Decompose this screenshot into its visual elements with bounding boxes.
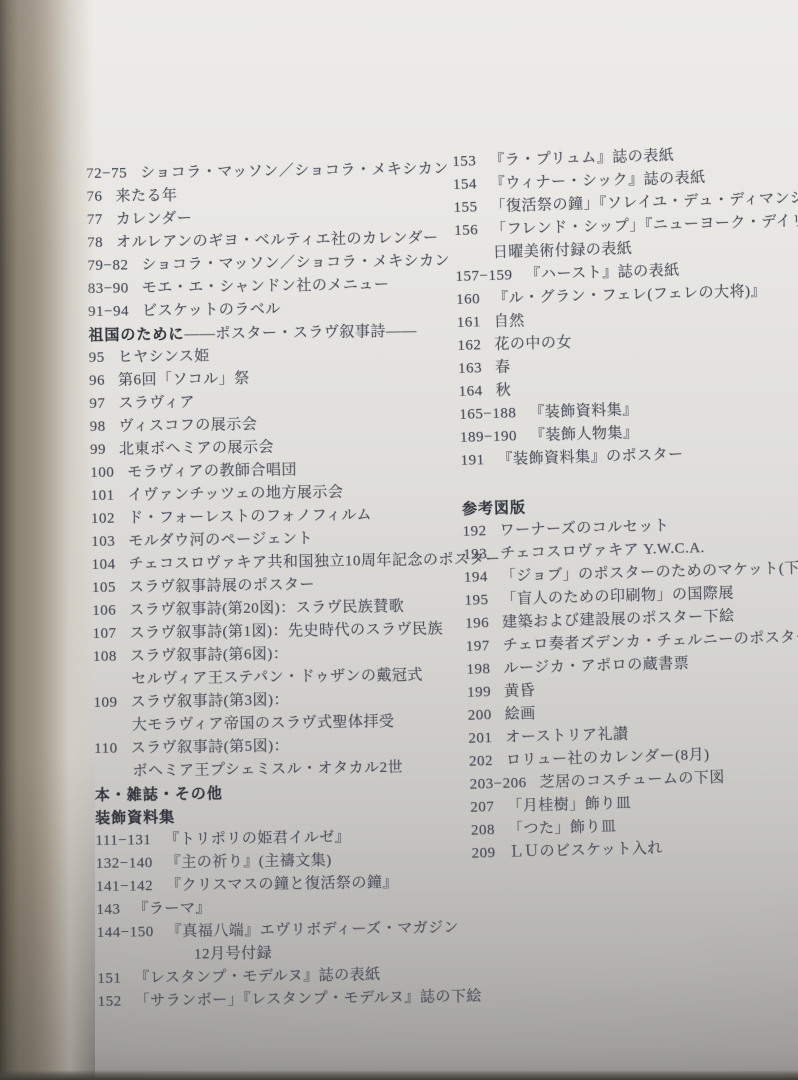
plate-title: スラヴ叙事詩展のポスター <box>129 577 315 596</box>
plate-title: 『トリポリの姫君イルゼ』 <box>164 829 350 848</box>
section-heading-text: 参考図版 <box>462 499 526 518</box>
plate-title: カレンダー <box>116 211 193 228</box>
plate-number: 101 <box>90 485 114 508</box>
plate-title: 「月桂樹」飾り皿 <box>507 795 631 814</box>
plate-title: 『ウィナー・シック』誌の表紙 <box>490 170 706 192</box>
plate-title: 『クリスマスの鐘と復活祭の鐘』 <box>166 875 398 894</box>
plate-number: 192 <box>462 520 487 544</box>
spine-shadow <box>0 0 95 1080</box>
plate-title: チェコスロヴァキア共和国独立10周年記念のポスター <box>128 551 500 572</box>
plate-number: 110 <box>94 738 118 761</box>
plate-number: 154 <box>453 173 478 197</box>
plate-number: 72−75 <box>86 162 127 186</box>
plate-number: 189−190 <box>460 425 518 450</box>
plate-title: イヴァンチッツェの地方展示会 <box>128 484 344 503</box>
plate-number: 99 <box>90 439 106 462</box>
plate-title: モルダウ河のページェント <box>128 531 313 550</box>
section-heading-text: 祖国のために <box>88 326 184 344</box>
plate-number: 104 <box>91 554 115 577</box>
plate-title: 『ラ・プリュム』誌の表紙 <box>489 148 674 169</box>
plate-number: 107 <box>92 623 116 646</box>
plate-number: 156 <box>454 219 479 243</box>
plate-number: 201 <box>468 727 493 751</box>
plate-title: 絵画 <box>505 706 536 723</box>
plate-number: 79−82 <box>87 254 128 278</box>
plate-title: 「盲人のための印刷物」の国際展 <box>501 585 734 607</box>
plate-number: 203−206 <box>469 772 527 797</box>
plate-title: 『ラーマ』 <box>133 900 211 917</box>
toc-left-column: 72−75ショコラ・マッソン／ショコラ・メキシカン76来たる年77カレンダー78… <box>86 158 483 1014</box>
plate-number: 106 <box>92 600 116 623</box>
plate-title: ルージカ・アポロの蔵書票 <box>503 656 689 677</box>
plate-number: 144−150 <box>97 921 154 945</box>
plate-title: ワーナーズのコルセット <box>499 518 669 539</box>
plate-title: スラヴ叙事詩(第3図)： <box>130 692 289 710</box>
plate-number: 165−188 <box>459 402 517 427</box>
plate-number: 163 <box>458 357 483 381</box>
plate-number: 78 <box>87 232 103 255</box>
plate-title: ヒヤシンス姫 <box>118 348 210 365</box>
plate-number: 164 <box>458 380 483 404</box>
plate-title: ＬＵのビスケット入れ <box>508 840 663 860</box>
plate-number: 191 <box>460 449 485 473</box>
plate-number: 162 <box>457 334 482 358</box>
toc-entry: 152「サランボー」『レスタンプ・モデルヌ』誌の下絵 <box>98 986 483 1014</box>
plate-number: 153 <box>452 150 477 174</box>
plate-number: 195 <box>464 589 489 613</box>
plate-number: 202 <box>469 750 494 774</box>
plate-title: チェコスロヴァキア Y.W.C.A. <box>500 540 705 562</box>
plate-title: スラヴ叙事詩(第1図)：先史時代のスラヴ民族 <box>129 621 443 641</box>
plate-number: 105 <box>92 577 116 600</box>
plate-number: 108 <box>93 646 117 669</box>
plate-number: 161 <box>456 311 481 335</box>
plate-number: 208 <box>471 819 496 843</box>
plate-title: 『ハースト』誌の表紙 <box>525 263 680 283</box>
plate-title: 「つた」飾り皿 <box>508 819 617 838</box>
plate-title: モエ・エ・シャンドン社のメニュー <box>142 277 390 296</box>
plate-title: 『主の祈り』(主禱文集) <box>166 853 332 871</box>
plate-title: 来たる年 <box>115 188 177 205</box>
plate-title: 秋 <box>495 382 511 398</box>
plate-title: オルレアンのギヨ・ベルティエ社のカレンダー <box>116 230 439 250</box>
plate-number: 111−131 <box>95 829 151 853</box>
plate-title: 芝居のコスチュームの下図 <box>539 770 725 791</box>
plate-number: 209 <box>471 842 496 866</box>
plate-title: 『真福八端』エヴリボディーズ・マガジン <box>167 920 459 940</box>
plate-number: 97 <box>89 393 105 416</box>
plate-number: 76 <box>86 186 102 209</box>
plate-number: 143 <box>96 899 120 922</box>
plate-title: 黄昏 <box>504 683 535 700</box>
plate-number: 96 <box>89 370 105 393</box>
book-page-photo: 72−75ショコラ・マッソン／ショコラ・メキシカン76来たる年77カレンダー78… <box>0 0 798 1080</box>
plate-title: 北東ボヘミアの展示会 <box>119 439 274 457</box>
plate-title: ロリュー社のカレンダー(8月) <box>506 747 710 769</box>
plate-title: チェロ奏者ズデンカ・チェルニーのポスター <box>503 629 798 654</box>
section-heading-text: 本・雑誌・その他 <box>95 785 223 804</box>
plate-number: 198 <box>466 658 491 682</box>
plate-number: 193 <box>463 543 488 567</box>
plate-number: 109 <box>93 692 117 715</box>
plate-number: 95 <box>89 347 105 370</box>
plate-number: 207 <box>470 796 495 820</box>
plate-title: ヴィスコフの展示会 <box>119 417 258 435</box>
page-bottom-edge <box>0 1070 798 1080</box>
plate-title: ショコラ・マッソン／ショコラ・メキシカン <box>140 161 449 181</box>
plate-title: 花の中の女 <box>494 335 572 353</box>
plate-number: 157−159 <box>455 264 513 289</box>
plate-title: 「ジョブ」のポスターのためのマケット(下図) <box>501 560 798 585</box>
plate-number: 152 <box>98 991 122 1014</box>
plate-title: 『装飾資料集』 <box>529 402 638 421</box>
plate-number: 199 <box>467 681 492 705</box>
plate-number: 141−142 <box>96 875 153 899</box>
plate-number: 151 <box>97 968 121 991</box>
plate-number: 103 <box>91 531 115 554</box>
plate-number: 196 <box>465 612 490 636</box>
plate-title: オーストリア礼讃 <box>505 726 629 745</box>
plate-number: 91−94 <box>88 300 129 324</box>
plate-title: 『装飾資料集』のポスター <box>497 447 683 468</box>
plate-title: 『レスタンプ・モデルヌ』誌の表紙 <box>134 967 380 986</box>
plate-title: 第6回「ソコル」祭 <box>118 371 250 389</box>
plate-title: 『装飾人物集』 <box>530 425 639 444</box>
section-heading-subtitle: ――ポスター・スラヴ叙事詩―― <box>184 323 417 342</box>
plate-title: ショコラ・マッソン／ショコラ・メキシカン <box>141 253 450 273</box>
plate-title: 自然 <box>494 313 525 330</box>
plate-number: 102 <box>91 508 115 531</box>
plate-title: モラヴィアの教師合唱団 <box>127 462 297 480</box>
plate-title: 『ル・グラン・フェレ(フェレの大将)』 <box>493 283 766 307</box>
plate-number: 77 <box>87 209 103 232</box>
plate-number: 197 <box>466 635 491 659</box>
plate-number: 83−90 <box>88 277 129 301</box>
section-heading-text: 装飾資料集 <box>95 809 175 827</box>
plate-title: スラヴ叙事詩(第6図)： <box>130 646 289 664</box>
plate-number: 100 <box>90 462 114 485</box>
plate-title: 春 <box>495 359 511 375</box>
plate-number: 98 <box>90 416 106 439</box>
plate-title: 建築および建設展のポスター下絵 <box>502 608 735 630</box>
plate-title: スラヴ叙事詩(第20図)：スラヴ民族賛歌 <box>129 599 404 619</box>
book-spine-edge <box>0 0 95 1080</box>
plate-number: 200 <box>467 704 492 728</box>
plate-title: ビスケットのラベル <box>142 301 281 319</box>
plate-number: 160 <box>456 288 481 312</box>
plate-title: 「サランボー」『レスタンプ・モデルヌ』誌の下絵 <box>135 989 482 1010</box>
plate-number: 155 <box>453 196 478 220</box>
plate-title: スラヴィア <box>118 395 195 412</box>
toc-right-column: 153『ラ・プリュム』誌の表紙154『ウィナー・シック』誌の表紙155「復活祭の… <box>452 139 798 865</box>
plate-title: スラヴ叙事詩(第5図)： <box>131 738 290 756</box>
plate-title: ド・フォーレストのフォノフィルム <box>128 507 372 526</box>
plate-number: 132−140 <box>96 852 153 876</box>
plate-number: 194 <box>464 566 489 590</box>
